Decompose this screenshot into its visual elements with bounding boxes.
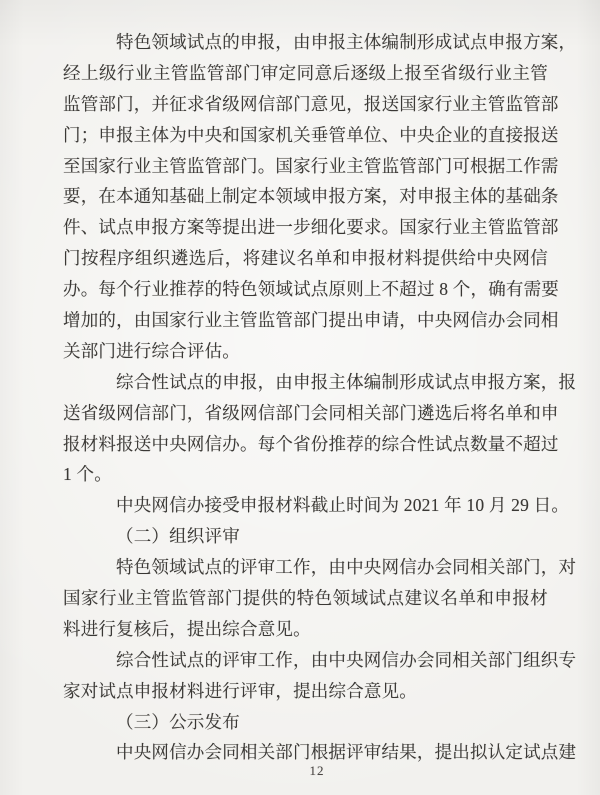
document-line: 报材料报送中央网信办。每个省份推荐的综合性试点数量不超过 [63, 429, 548, 460]
document-line: 综合性试点的申报，由申报主体编制形成试点申报方案，报 [63, 367, 548, 398]
document-line: 送省级网信部门，省级网信部门会同相关部门遴选后将名单和申 [63, 398, 548, 429]
document-line: （三）公示发布 [63, 707, 548, 738]
document-line: 监管部门，并征求省级网信部门意见，报送国家行业主管监管部 [63, 89, 548, 120]
document-line: 料进行复核后，提出综合意见。 [63, 614, 548, 645]
document-line: 特色领域试点的评审工作，由中央网信办会同相关部门，对 [63, 552, 548, 583]
document-line: 特色领域试点的申报，由申报主体编制形成试点申报方案， [63, 27, 548, 58]
document-body: 特色领域试点的申报，由申报主体编制形成试点申报方案，经上级行业主管监管部门审定同… [63, 27, 548, 768]
document-line: 1 个。 [63, 459, 548, 490]
document-line: 关部门进行综合评估。 [63, 336, 548, 367]
document-line: 综合性试点的评审工作，由中央网信办会同相关部门组织专 [63, 645, 548, 676]
document-line: 经上级行业主管监管部门审定同意后逐级上报至省级行业主管 [63, 58, 548, 89]
page-number: 12 [0, 763, 600, 779]
document-line: 件、试点申报方案等提出进一步细化要求。国家行业主管监管部 [63, 212, 548, 243]
document-line: 要，在本通知基础上制定本领域申报方案，对申报主体的基础条 [63, 181, 548, 212]
document-line: 中央网信办接受申报材料截止时间为 2021 年 10 月 29 日。 [63, 490, 548, 521]
document-line: 办。每个行业推荐的特色领域试点原则上不超过 8 个，确有需要 [63, 274, 548, 305]
document-line: 家对试点申报材料进行评审，提出综合意见。 [63, 676, 548, 707]
document-line: 至国家行业主管监管部门。国家行业主管监管部门可根据工作需 [63, 151, 548, 182]
document-line: 门按程序组织遴选后，将建议名单和申报材料提供给中央网信 [63, 243, 548, 274]
document-line: （二）组织评审 [63, 521, 548, 552]
document-line: 国家行业主管监管部门提供的特色领域试点建议名单和申报材 [63, 583, 548, 614]
document-line: 门；申报主体为中央和国家机关垂管单位、中央企业的直接报送 [63, 120, 548, 151]
document-line: 增加的，由国家行业主管监管部门提出申请，中央网信办会同相 [63, 305, 548, 336]
scanned-document-page: 特色领域试点的申报，由申报主体编制形成试点申报方案，经上级行业主管监管部门审定同… [0, 0, 600, 795]
